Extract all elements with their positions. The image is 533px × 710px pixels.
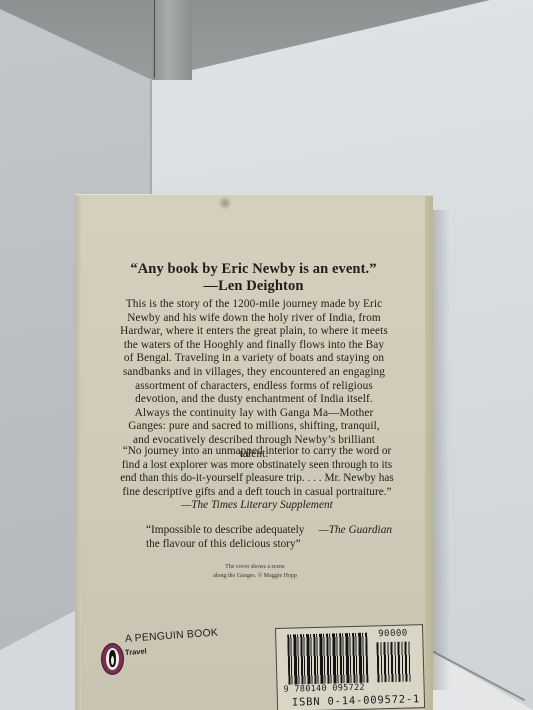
lead-quote-text: “Any book by Eric Newby is an event.” bbox=[75, 261, 432, 278]
barcode-addon-bars-icon bbox=[376, 641, 411, 682]
lead-quote-attribution: —Len Deighton bbox=[75, 278, 432, 295]
cover-stain bbox=[218, 196, 232, 210]
penguin-figure-icon bbox=[109, 650, 116, 667]
barcode-bars-icon bbox=[287, 633, 368, 685]
lead-quote: “Any book by Eric Newby is an event.” —L… bbox=[75, 261, 432, 295]
cover-caption: The cover shows a scene along the Ganges… bbox=[150, 563, 360, 581]
review-guardian-source: —The Guardian bbox=[319, 524, 392, 538]
isbn-number: ISBN 0-14-009572-1 bbox=[292, 693, 420, 708]
penguin-belly bbox=[111, 656, 114, 665]
cover-caption-line1: The cover shows a scene bbox=[150, 563, 360, 572]
review-times-text: “No journey into an unmapped interior to… bbox=[120, 445, 394, 498]
penguin-logo-icon bbox=[101, 643, 124, 675]
cover-caption-line2: along the Ganges. © Maggie Hopp bbox=[150, 572, 360, 581]
book-blurb: This is the story of the 1200-mile journ… bbox=[120, 298, 388, 461]
penguin-logo-oval bbox=[106, 648, 119, 670]
review-times-source: —The Times Literary Supplement bbox=[181, 499, 333, 511]
review-times: “No journey into an unmapped interior to… bbox=[120, 445, 394, 513]
barcode: 90000 9 780140 095722 ISBN 0-14-009572-1 bbox=[275, 624, 425, 710]
column-seam bbox=[154, 0, 155, 78]
pipe-column bbox=[152, 0, 192, 80]
review-guardian: —The Guardian “Impossible to describe ad… bbox=[146, 524, 392, 551]
photo-scene: “Any book by Eric Newby is an event.” —L… bbox=[0, 0, 533, 710]
barcode-addon-digits: 90000 bbox=[378, 629, 408, 640]
series-label: Travel bbox=[125, 646, 147, 656]
barcode-ean-digits: 9 780140 095722 bbox=[283, 683, 364, 695]
review-guardian-text: “Impossible to describe adequately the f… bbox=[146, 524, 304, 550]
wall-corner bbox=[150, 80, 152, 200]
